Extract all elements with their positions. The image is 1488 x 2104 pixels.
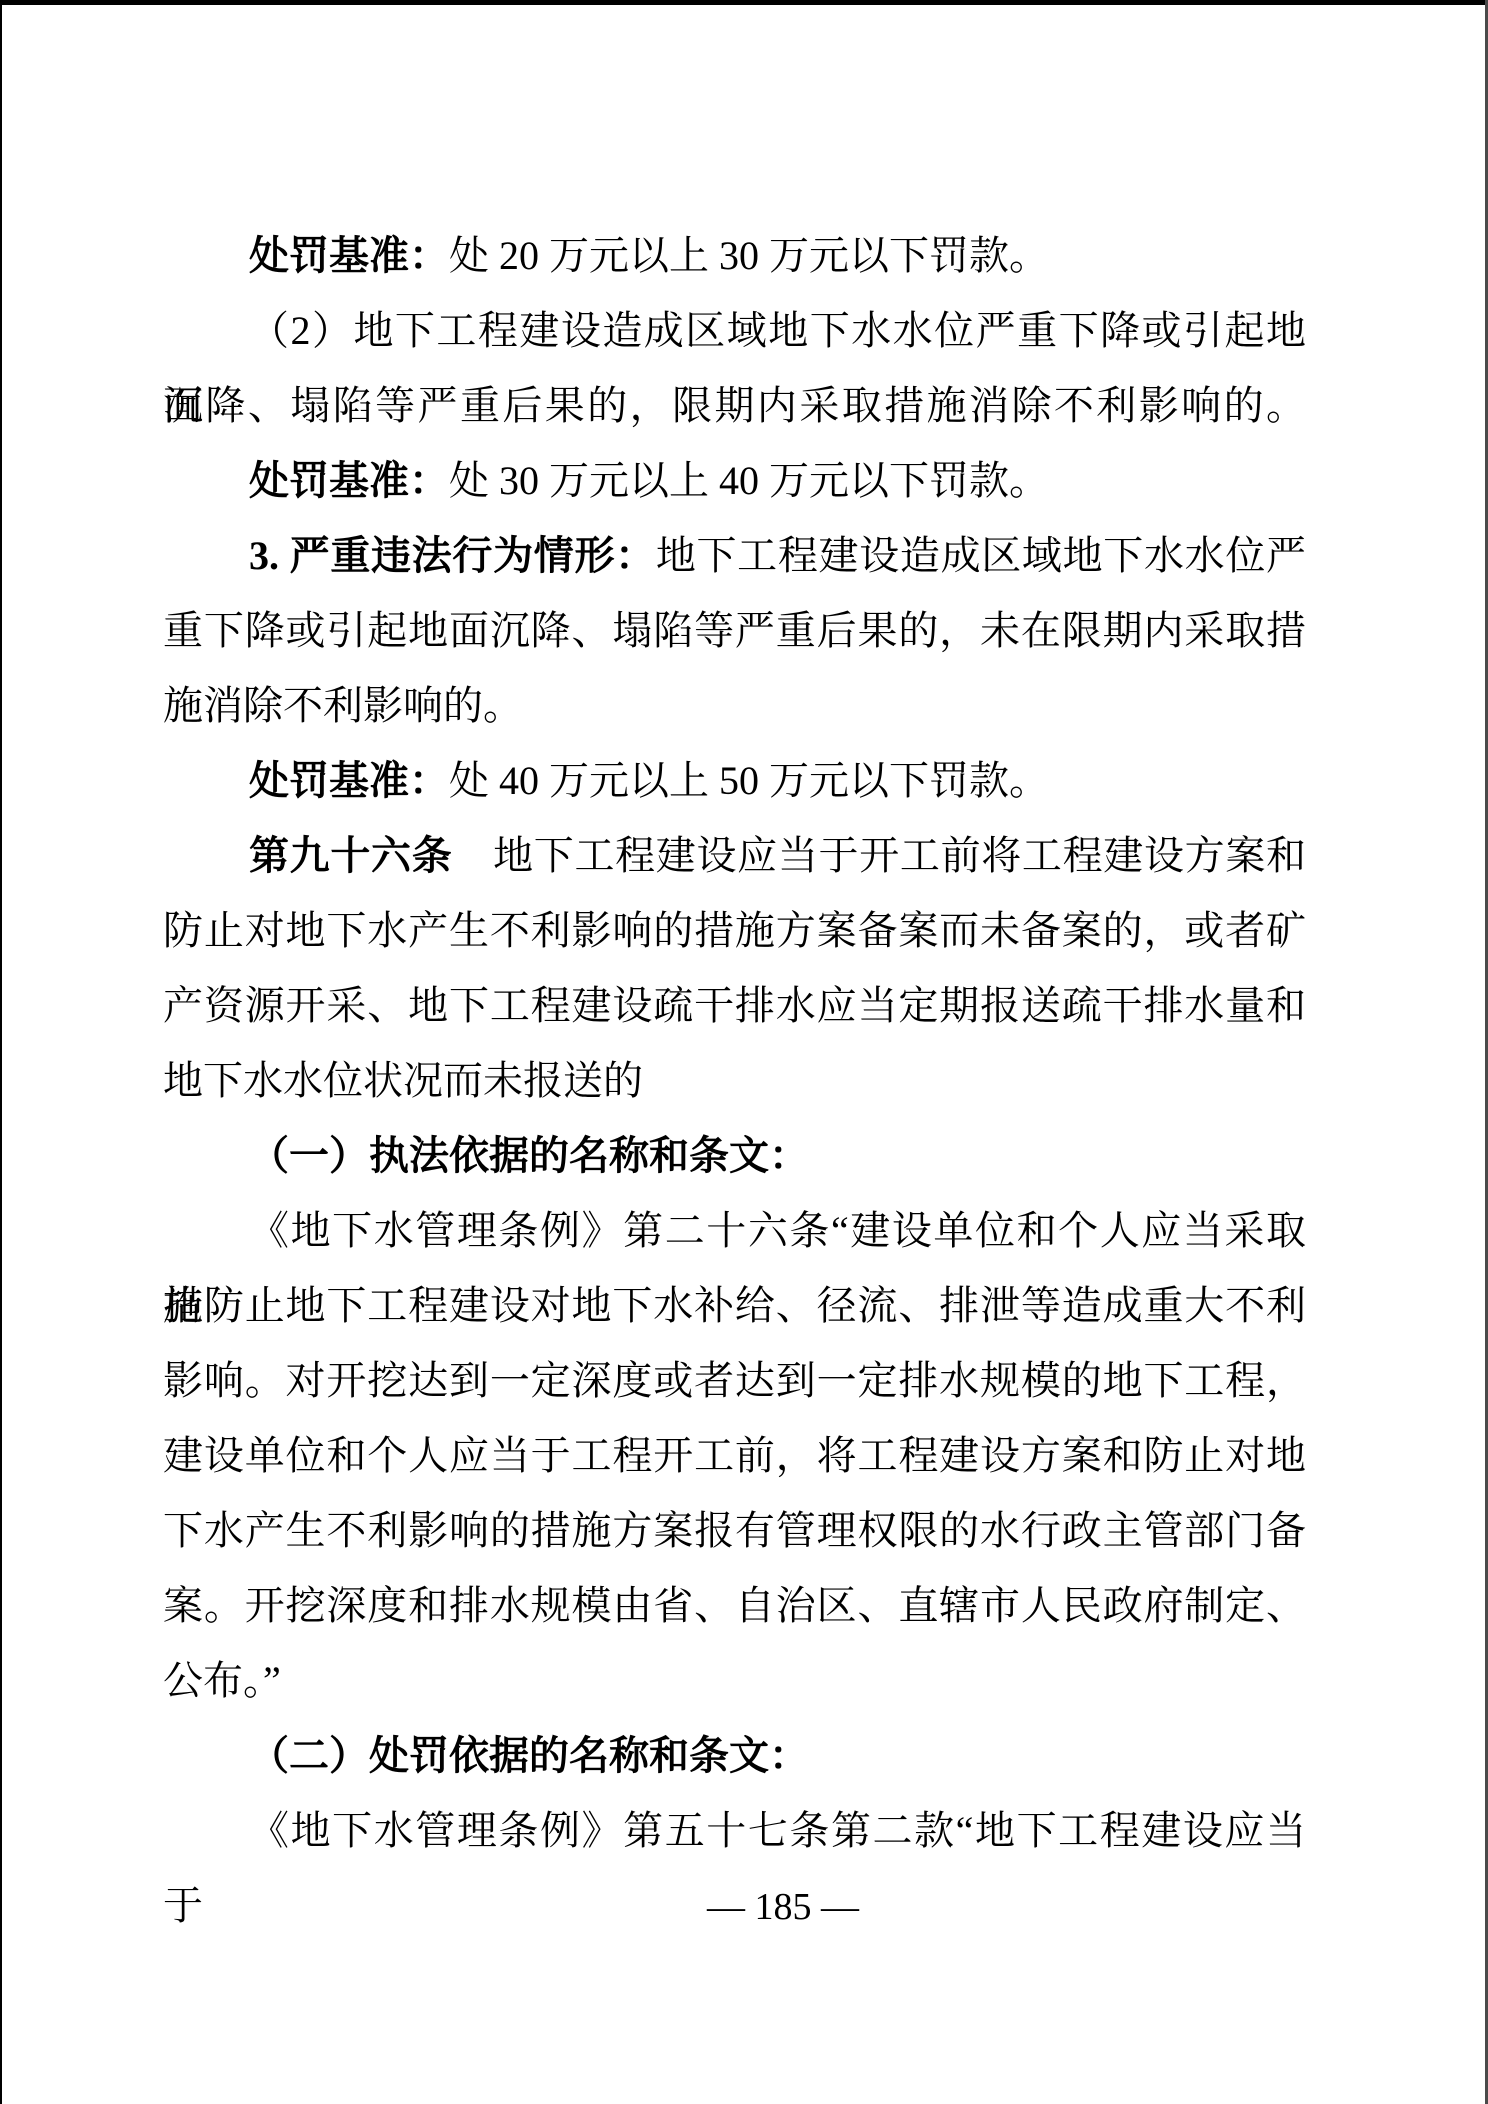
line-bold-segment: 第九十六条 (249, 833, 452, 878)
text-line: 重下降或引起地面沉降、塌陷等严重后果的，未在限期内采取措 (163, 593, 1306, 668)
text-line: 第九十六条 地下工程建设应当于开工前将工程建设方案和 (163, 818, 1306, 893)
line-text-segment: 下水产生不利影响的措施方案报有管理权限的水行政主管部门备 (163, 1508, 1306, 1553)
scan-left-edge (0, 0, 2, 2104)
text-line: 案。开挖深度和排水规模由省、自治区、直辖市人民政府制定、 (163, 1568, 1306, 1643)
line-bold-segment: （二）处罚依据的名称和条文： (249, 1733, 809, 1778)
line-bold-segment: 3. 严重违法行为情形： (249, 533, 656, 578)
line-text-segment: 重下降或引起地面沉降、塌陷等严重后果的，未在限期内采取措 (163, 608, 1306, 653)
text-line: 《地下水管理条例》第五十七条第二款“地下工程建设应当于 (163, 1793, 1306, 1868)
text-line: 影响。对开挖达到一定深度或者达到一定排水规模的地下工程， (163, 1343, 1306, 1418)
line-text-segment: 案。开挖深度和排水规模由省、自治区、直辖市人民政府制定、 (163, 1583, 1306, 1628)
line-text-segment: 施防止地下工程建设对地下水补给、径流、排泄等造成重大不利 (163, 1283, 1306, 1328)
text-line: 沉降、塌陷等严重后果的，限期内采取措施消除不利影响的。 (163, 368, 1306, 443)
line-text-segment: 处 20 万元以上 30 万元以下罚款。 (449, 233, 1049, 278)
text-line: 施防止地下工程建设对地下水补给、径流、排泄等造成重大不利 (163, 1268, 1306, 1343)
line-text-segment: 地下工程建设造成区域地下水水位严 (656, 533, 1306, 578)
text-line: 防止对地下水产生不利影响的措施方案备案而未备案的，或者矿 (163, 893, 1306, 968)
text-line: 公布。” (163, 1643, 1306, 1718)
line-bold-segment: 处罚基准： (249, 458, 449, 503)
line-text-segment: 地下工程建设应当于开工前将工程建设方案和 (452, 833, 1306, 878)
line-text-segment: 地下水水位状况而未报送的 (163, 1058, 643, 1103)
line-bold-segment: （一）执法依据的名称和条文： (249, 1133, 809, 1178)
line-text-segment: 建设单位和个人应当于工程开工前，将工程建设方案和防止对地 (163, 1433, 1306, 1478)
text-line: 下水产生不利影响的措施方案报有管理权限的水行政主管部门备 (163, 1493, 1306, 1568)
text-line: 处罚基准：处 30 万元以上 40 万元以下罚款。 (163, 443, 1306, 518)
text-line: 施消除不利影响的。 (163, 668, 1306, 743)
scan-top-edge (0, 0, 1488, 5)
text-line: 《地下水管理条例》第二十六条“建设单位和个人应当采取措 (163, 1193, 1306, 1268)
text-line: （2）地下工程建设造成区域地下水水位严重下降或引起地面 (163, 293, 1306, 368)
line-text-segment: 影响。对开挖达到一定深度或者达到一定排水规模的地下工程， (163, 1358, 1306, 1403)
line-bold-segment: 处罚基准： (249, 233, 449, 278)
line-text-segment: 施消除不利影响的。 (163, 683, 523, 728)
line-text-segment: 公布。” (163, 1658, 281, 1703)
line-text-segment: 处 40 万元以上 50 万元以下罚款。 (449, 758, 1049, 803)
text-line: （一）执法依据的名称和条文： (163, 1118, 1306, 1193)
text-line: 处罚基准：处 20 万元以上 30 万元以下罚款。 (163, 218, 1306, 293)
line-text-segment: 产资源开采、地下工程建设疏干排水应当定期报送疏干排水量和 (163, 983, 1306, 1028)
document-page: { "page": { "background": "#ffffff", "te… (0, 0, 1488, 2104)
document-body: 处罚基准：处 20 万元以上 30 万元以下罚款。 （2）地下工程建设造成区域地… (163, 218, 1306, 1868)
line-text-segment: 沉降、塌陷等严重后果的，限期内采取措施消除不利影响的。 (163, 383, 1306, 428)
page-number: — 185 — (707, 1870, 859, 1945)
line-text-segment: 防止对地下水产生不利影响的措施方案备案而未备案的，或者矿 (163, 908, 1306, 953)
line-bold-segment: 处罚基准： (249, 758, 449, 803)
line-text-segment: 处 30 万元以上 40 万元以下罚款。 (449, 458, 1049, 503)
text-line: 建设单位和个人应当于工程开工前，将工程建设方案和防止对地 (163, 1418, 1306, 1493)
text-line: 3. 严重违法行为情形：地下工程建设造成区域地下水水位严 (163, 518, 1306, 593)
text-line: （二）处罚依据的名称和条文： (163, 1718, 1306, 1793)
text-line: 处罚基准：处 40 万元以上 50 万元以下罚款。 (163, 743, 1306, 818)
text-line: 产资源开采、地下工程建设疏干排水应当定期报送疏干排水量和 (163, 968, 1306, 1043)
text-line: 地下水水位状况而未报送的 (163, 1043, 1306, 1118)
